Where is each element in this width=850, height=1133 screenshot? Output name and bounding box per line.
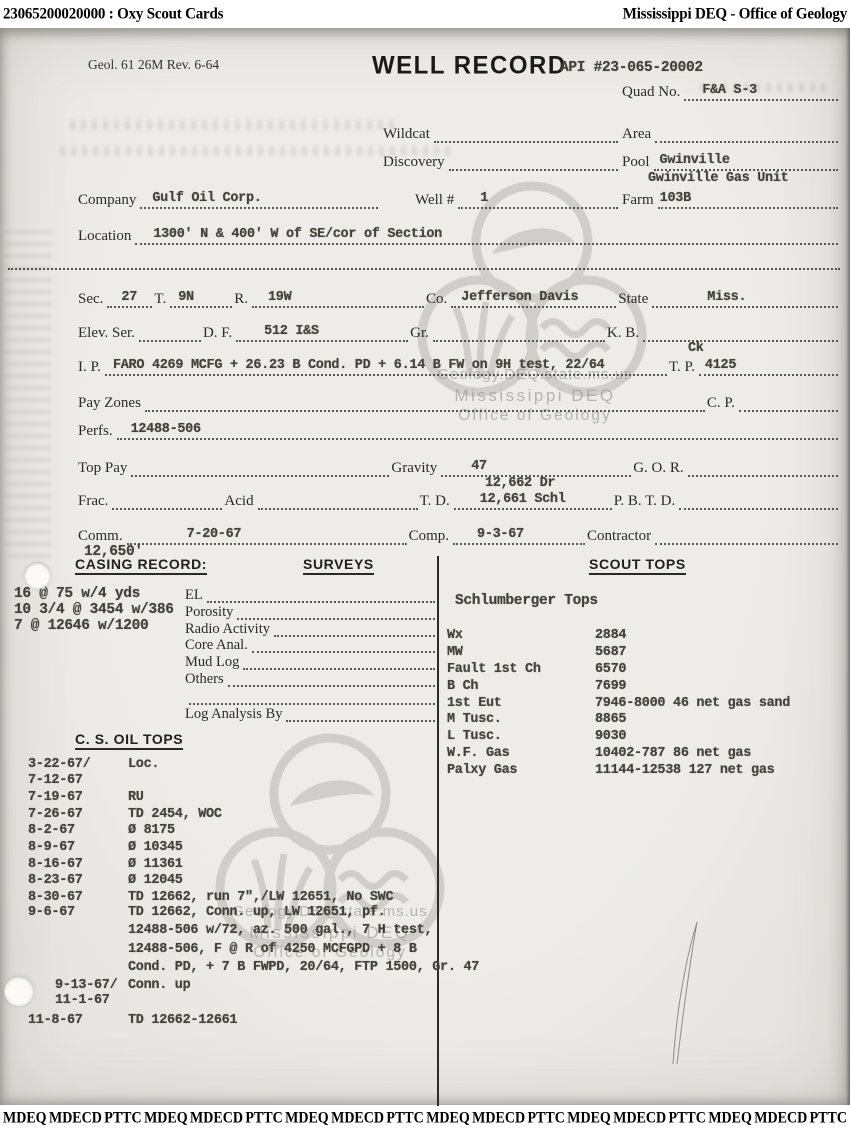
survey-line (228, 670, 435, 687)
scout-top-row: Wx2884 (447, 628, 626, 643)
cs-date: 11-1-67 (55, 993, 128, 1008)
scout-top-value: 7946-8000 46 net gas sand (595, 696, 790, 711)
field-td-label: T. D. (420, 493, 452, 510)
field-location-line: 1300' N & 400' W of SE/cor of Section (135, 226, 838, 245)
field-td-value-above: 12,662 Dr (485, 476, 555, 491)
column-divider (437, 556, 439, 1106)
cs-oil-tops-row: 3-22-67/Loc. (28, 757, 159, 772)
cs-oil-tops-row: 12488-506, F @ R of 4250 MCFGPD + 8 B (28, 942, 417, 957)
field-perfs-label: Perfs. (78, 423, 115, 440)
field-comp-value: 9-3-67 (477, 527, 524, 542)
scout-top-value: 8865 (595, 712, 626, 727)
footer-org: MDECD (49, 1110, 102, 1128)
cs-date: 8-23-67 (28, 873, 128, 888)
field-county-value: Jefferson Davis (461, 290, 578, 305)
cs-date: 7-26-67 (28, 807, 128, 822)
field-township-line: 9N (170, 289, 232, 308)
field-perfs: Perfs. 12488-506 (78, 421, 840, 440)
survey-row (185, 688, 437, 705)
survey-line (274, 620, 435, 637)
footer-org: MDECD (190, 1110, 243, 1128)
cs-date: 8-30-67 (28, 890, 128, 905)
field-df-label: D. F. (203, 325, 234, 342)
field-location-label: Location (78, 228, 133, 245)
cs-note: TD 2454, WOC (128, 807, 222, 822)
field-county-line: Jefferson Davis (451, 289, 616, 308)
footer-org: MDEQ (144, 1110, 188, 1128)
survey-label: Core Anal. (185, 638, 250, 653)
survey-line (286, 705, 435, 722)
cs-oil-tops-row: 8-30-67TD 12662, run 7",/LW 12651, No SW… (28, 890, 393, 905)
field-discovery-line (449, 152, 618, 171)
survey-row: Porosity (185, 603, 437, 620)
field-gravity-value: 47 (471, 459, 487, 474)
header-card-id: 23065200020000 : Oxy Scout Cards (3, 5, 223, 23)
scout-top-name: W.F. Gas (447, 746, 595, 761)
cs-date: 7-19-67 (28, 790, 128, 805)
cs-date: 3-22-67/ (28, 757, 128, 772)
cs-oil-tops-row: 12488-506 w/72, az. 500 gal., 7 H test, (28, 923, 432, 938)
field-ip-value: FARO 4269 MCFG + 26.23 B Cond. PD + 6.14… (113, 358, 604, 373)
field-comm-label: Comm. (78, 528, 125, 545)
survey-label: EL (185, 588, 205, 603)
scout-top-value: 7699 (595, 679, 626, 694)
field-cp-label: C. P. (707, 395, 737, 412)
field-sec-label: Sec. (78, 291, 105, 308)
field-area-line (655, 124, 838, 143)
cs-oil-tops-header: C. S. OIL TOPS (75, 731, 183, 750)
form-revision-note: Geol. 61 26M Rev. 6-64 (88, 57, 219, 73)
crease-mark (655, 918, 715, 1068)
field-area: Area (622, 124, 840, 143)
field-df-line: 512 I&S (236, 323, 408, 342)
field-pbtd-label: P. B. T. D. (614, 493, 678, 510)
cs-oil-tops-row: 8-2-67Ø 8175 (28, 823, 175, 838)
field-quad-label: Quad No. (622, 84, 682, 101)
api-number: API #23-065-20002 (560, 60, 703, 76)
scout-tops-header: SCOUT TOPS (589, 556, 686, 575)
field-county-label: Co. (426, 291, 449, 308)
field-pool-line: Gwinville (654, 152, 838, 171)
cs-note: TD 12662, Conn. up, LW 12651, pf. (128, 905, 385, 920)
field-company: Company Gulf Oil Corp. (78, 190, 380, 209)
surveys-header: SURVEYS (303, 556, 374, 575)
cs-oil-tops-row: 7-19-67RU (28, 790, 144, 805)
scout-top-row: MW5687 (447, 645, 626, 660)
scout-top-row: M Tusc.8865 (447, 712, 626, 727)
field-gravity-line: 47 (441, 458, 631, 477)
cs-note: RU (128, 790, 144, 805)
field-kb-label: K. B. (607, 325, 641, 342)
field-ip-row: I. P. FARO 4269 MCFG + 26.23 B Cond. PD … (78, 357, 840, 376)
field-company-label: Company (78, 192, 138, 209)
survey-label: Porosity (185, 605, 235, 620)
header-bar: 23065200020000 : Oxy Scout Cards Mississ… (0, 0, 850, 28)
survey-line (252, 636, 435, 653)
field-wildcat: Wildcat (383, 124, 620, 143)
scanned-well-record-card: Geology.DEQ.state.ms.us Mississippi DEQ … (0, 28, 850, 1105)
field-gr-line (433, 323, 605, 342)
footer-org: PTTC (104, 1110, 141, 1128)
field-td-value: 12,661 Schl (480, 492, 566, 507)
survey-label: Mud Log (185, 655, 241, 670)
field-farm-label: Farm (622, 192, 656, 209)
scan-right-edge-shadow (846, 28, 850, 1105)
field-gr-label: Gr. (410, 325, 431, 342)
scout-top-name: Fault 1st Ch (447, 662, 595, 677)
footer-org: PTTC (669, 1110, 706, 1128)
cs-oil-tops-row: 9-13-67/Conn. up (55, 978, 190, 993)
field-township-value: 9N (178, 290, 194, 305)
scout-top-name: B Ch (447, 679, 595, 694)
field-pay-zones-row: Pay Zones C. P. (78, 393, 840, 412)
field-discovery: Discovery (383, 152, 620, 171)
field-township-label: T. (154, 291, 168, 308)
cs-note: Ø 8175 (128, 823, 175, 838)
field-location: Location 1300' N & 400' W of SE/cor of S… (78, 226, 840, 245)
scout-top-row: L Tusc.9030 (447, 729, 626, 744)
survey-line (189, 688, 435, 705)
field-kb-note: Ck (688, 341, 704, 356)
cs-note: Loc. (128, 757, 159, 772)
scout-top-row: Palxy Gas11144-12538 127 net gas (447, 763, 774, 778)
field-farm-value: 103B (660, 191, 691, 206)
survey-label: Radio Activity (185, 622, 272, 637)
cs-date: 9-13-67/ (55, 978, 128, 993)
cs-oil-tops-row: 11-1-67 (55, 993, 128, 1008)
survey-log-analysis-row: Log Analysis By (185, 705, 437, 722)
field-state-line: Miss. (652, 289, 838, 308)
footer-org: MDECD (613, 1110, 666, 1128)
cs-date: 8-16-67 (28, 857, 128, 872)
field-pool: Pool Gwinville (622, 152, 840, 171)
scout-top-name: MW (447, 645, 595, 660)
cs-oil-tops-row: 7-26-67TD 2454, WOC (28, 807, 222, 822)
field-td-line: 12,661 Schl (454, 491, 612, 510)
field-comm-value: 7-20-67 (187, 527, 242, 542)
footer-org: MDEQ (285, 1110, 329, 1128)
scout-top-value: 2884 (595, 628, 626, 643)
casing-line: 7 @ 12646 w/1200 (14, 618, 148, 634)
field-perfs-value: 12488-506 (131, 422, 201, 437)
field-perfs-line: 12488-506 (117, 421, 838, 440)
cs-note: Conn. up (128, 978, 190, 993)
field-well-no-label: Well # (415, 192, 456, 209)
field-discovery-label: Discovery (383, 154, 447, 171)
field-str-row: Sec. 27 T. 9N R. 19W Co. Jefferson Davis… (78, 289, 840, 308)
survey-line (243, 653, 435, 670)
casing-line: 10 3/4 @ 3454 w/386 (14, 602, 174, 618)
bleed-through-smudge (70, 120, 400, 130)
field-company-value: Gulf Oil Corp. (152, 191, 261, 206)
cs-date: 7-12-67 (28, 773, 128, 788)
field-df-value: 512 I&S (264, 324, 319, 339)
page: { "header_bar": { "left": "2306520002000… (0, 0, 850, 1133)
scout-top-row: 1st Eut7946-8000 46 net gas sand (447, 696, 790, 711)
form-title: WELL RECORD (372, 51, 567, 80)
field-range-line: 19W (252, 289, 424, 308)
scout-top-name: Wx (447, 628, 595, 643)
field-gor-line (688, 458, 838, 477)
header-agency: Mississippi DEQ - Office of Geology (623, 5, 847, 23)
field-tp-line: 4125 (699, 357, 838, 376)
field-range-value: 19W (268, 290, 291, 305)
field-comm-line: 7-20-67 (127, 526, 407, 545)
bleed-through-smudge (6, 228, 52, 558)
field-acid-label: Acid (224, 493, 255, 510)
cs-note: Ø 11361 (128, 857, 183, 872)
footer-org: MDECD (331, 1110, 384, 1128)
cs-oil-tops-row: 11-8-67TD 12662-12661 (28, 1013, 237, 1028)
cs-note: Ø 12045 (128, 873, 183, 888)
field-cp-line (739, 393, 838, 412)
field-wildcat-label: Wildcat (383, 126, 432, 143)
cs-note: TD 12662-12661 (128, 1013, 237, 1028)
survey-row: Others (185, 670, 437, 687)
field-pool-label: Pool (622, 154, 652, 171)
cs-oil-tops-row: 8-23-67Ø 12045 (28, 873, 183, 888)
survey-label: Others (185, 672, 226, 687)
survey-row: EL (185, 586, 437, 603)
field-comp-line: 9-3-67 (453, 526, 585, 545)
field-well-no-value: 1 (480, 191, 488, 206)
field-contractor-line (655, 526, 838, 545)
field-frac-line (112, 491, 222, 510)
field-pay-zones-label: Pay Zones (78, 395, 143, 412)
footer-org: PTTC (245, 1110, 282, 1128)
field-frac-row: Frac. Acid T. D. 12,661 Schl P. B. T. D. (78, 491, 840, 510)
field-area-label: Area (622, 126, 653, 143)
field-ip-label: I. P. (78, 359, 103, 376)
survey-log-analysis-label: Log Analysis By (185, 707, 284, 722)
field-top-pay-label: Top Pay (78, 460, 129, 477)
survey-line (207, 586, 435, 603)
field-top-pay-line (131, 458, 389, 477)
field-contractor-label: Contractor (587, 528, 653, 545)
cs-oil-tops-row: Cond. PD, + 7 B FWPD, 20/64, FTP 1500, G… (28, 960, 479, 975)
field-sec-value: 27 (121, 290, 137, 305)
punch-hole (4, 976, 34, 1006)
survey-line (237, 603, 435, 620)
scout-top-value: 6570 (595, 662, 626, 677)
cs-oil-tops-row: 9-6-67TD 12662, Conn. up, LW 12651, pf. (28, 905, 385, 920)
footer-org: MDEQ (567, 1110, 611, 1128)
field-farm: Farm 103B (622, 190, 840, 209)
field-elev-ser-label: Elev. Ser. (78, 325, 137, 342)
footer-org: PTTC (386, 1110, 423, 1128)
cs-date: 11-8-67 (28, 1013, 128, 1028)
field-elev-row: Elev. Ser. D. F. 512 I&S Gr. K. B. (78, 323, 840, 342)
field-farm-line: 103B (658, 190, 838, 209)
scout-top-row: B Ch7699 (447, 679, 626, 694)
footer-org: PTTC (810, 1110, 847, 1128)
punch-hole (24, 562, 51, 589)
survey-row: Core Anal. (185, 636, 437, 653)
footer-org: MDEQ (3, 1110, 47, 1128)
cs-oil-tops-row: 8-16-67Ø 11361 (28, 857, 183, 872)
field-comp-label: Comp. (409, 528, 451, 545)
scout-top-row: W.F. Gas10402-787 86 net gas (447, 746, 751, 761)
field-state-label: State (618, 291, 650, 308)
scout-top-value: 5687 (595, 645, 626, 660)
field-company-line: Gulf Oil Corp. (140, 190, 378, 209)
scout-top-value: 10402-787 86 net gas (595, 746, 751, 761)
field-well-no: Well # 1 (415, 190, 620, 209)
scout-top-name: M Tusc. (447, 712, 595, 727)
field-state-value: Miss. (707, 290, 746, 305)
cs-date: 8-9-67 (28, 840, 128, 855)
field-kb-line (643, 323, 838, 342)
field-tp-label: T. P. (669, 359, 697, 376)
scout-top-name: Palxy Gas (447, 763, 595, 778)
field-pool-value: Gwinville (660, 153, 730, 168)
cs-date: 9-6-67 (28, 905, 128, 920)
cs-note: 12488-506, F @ R of 4250 MCFGPD + 8 B (128, 942, 417, 957)
field-frac-label: Frac. (78, 493, 110, 510)
cs-note: 12488-506 w/72, az. 500 gal., 7 H test, (128, 923, 432, 938)
survey-row: Radio Activity (185, 620, 437, 637)
field-elev-ser-line (139, 323, 201, 342)
field-top-pay-row: Top Pay Gravity 47 G. O. R. (78, 458, 840, 477)
cs-note: Ø 10345 (128, 840, 183, 855)
divider-dotted-line (8, 268, 840, 270)
survey-row: Mud Log (185, 653, 437, 670)
field-acid-line (258, 491, 418, 510)
scout-top-value: 11144-12538 127 net gas (595, 763, 774, 778)
footer-org: MDECD (754, 1110, 807, 1128)
cs-note: Cond. PD, + 7 B FWPD, 20/64, FTP 1500, G… (128, 960, 479, 975)
scout-top-row: Fault 1st Ch6570 (447, 662, 626, 677)
casing-record-header: CASING RECORD: (75, 556, 207, 575)
footer-org: MDECD (472, 1110, 525, 1128)
field-location-value: 1300' N & 400' W of SE/cor of Section (153, 227, 442, 242)
field-tp-value: 4125 (705, 358, 736, 373)
cs-oil-tops-row: 7-12-67 (28, 773, 128, 788)
field-pbtd-line (679, 491, 838, 510)
footer-org: PTTC (527, 1110, 564, 1128)
field-sec-line: 27 (107, 289, 152, 308)
scout-tops-subtitle: Schlumberger Tops (455, 593, 598, 609)
footer-org: MDEQ (426, 1110, 470, 1128)
field-pay-zones-line (145, 393, 705, 412)
field-gor-label: G. O. R. (633, 460, 685, 477)
field-quad: Quad No. F&A S-3 (622, 82, 840, 101)
scout-top-value: 9030 (595, 729, 626, 744)
scout-top-name: 1st Eut (447, 696, 595, 711)
field-wildcat-line (434, 124, 618, 143)
cs-date: 8-2-67 (28, 823, 128, 838)
footer-org: MDEQ (708, 1110, 752, 1128)
field-quad-line: F&A S-3 (684, 82, 838, 101)
field-quad-value: F&A S-3 (702, 83, 757, 98)
field-well-no-line: 1 (458, 190, 618, 209)
footer-bar: MDEQ MDECD PTTC MDEQ MDECD PTTC MDEQ MDE… (0, 1105, 850, 1133)
field-pool-value2: Gwinville Gas Unit (648, 171, 788, 186)
cs-oil-tops-row: 8-9-67Ø 10345 (28, 840, 183, 855)
field-ip-line: FARO 4269 MCFG + 26.23 B Cond. PD + 6.14… (105, 357, 667, 376)
field-gravity-label: Gravity (391, 460, 439, 477)
scout-top-name: L Tusc. (447, 729, 595, 744)
field-range-label: R. (234, 291, 250, 308)
cs-note: TD 12662, run 7",/LW 12651, No SWC (128, 890, 393, 905)
field-comm-row: Comm. 7-20-67 Comp. 9-3-67 Contractor (78, 526, 840, 545)
